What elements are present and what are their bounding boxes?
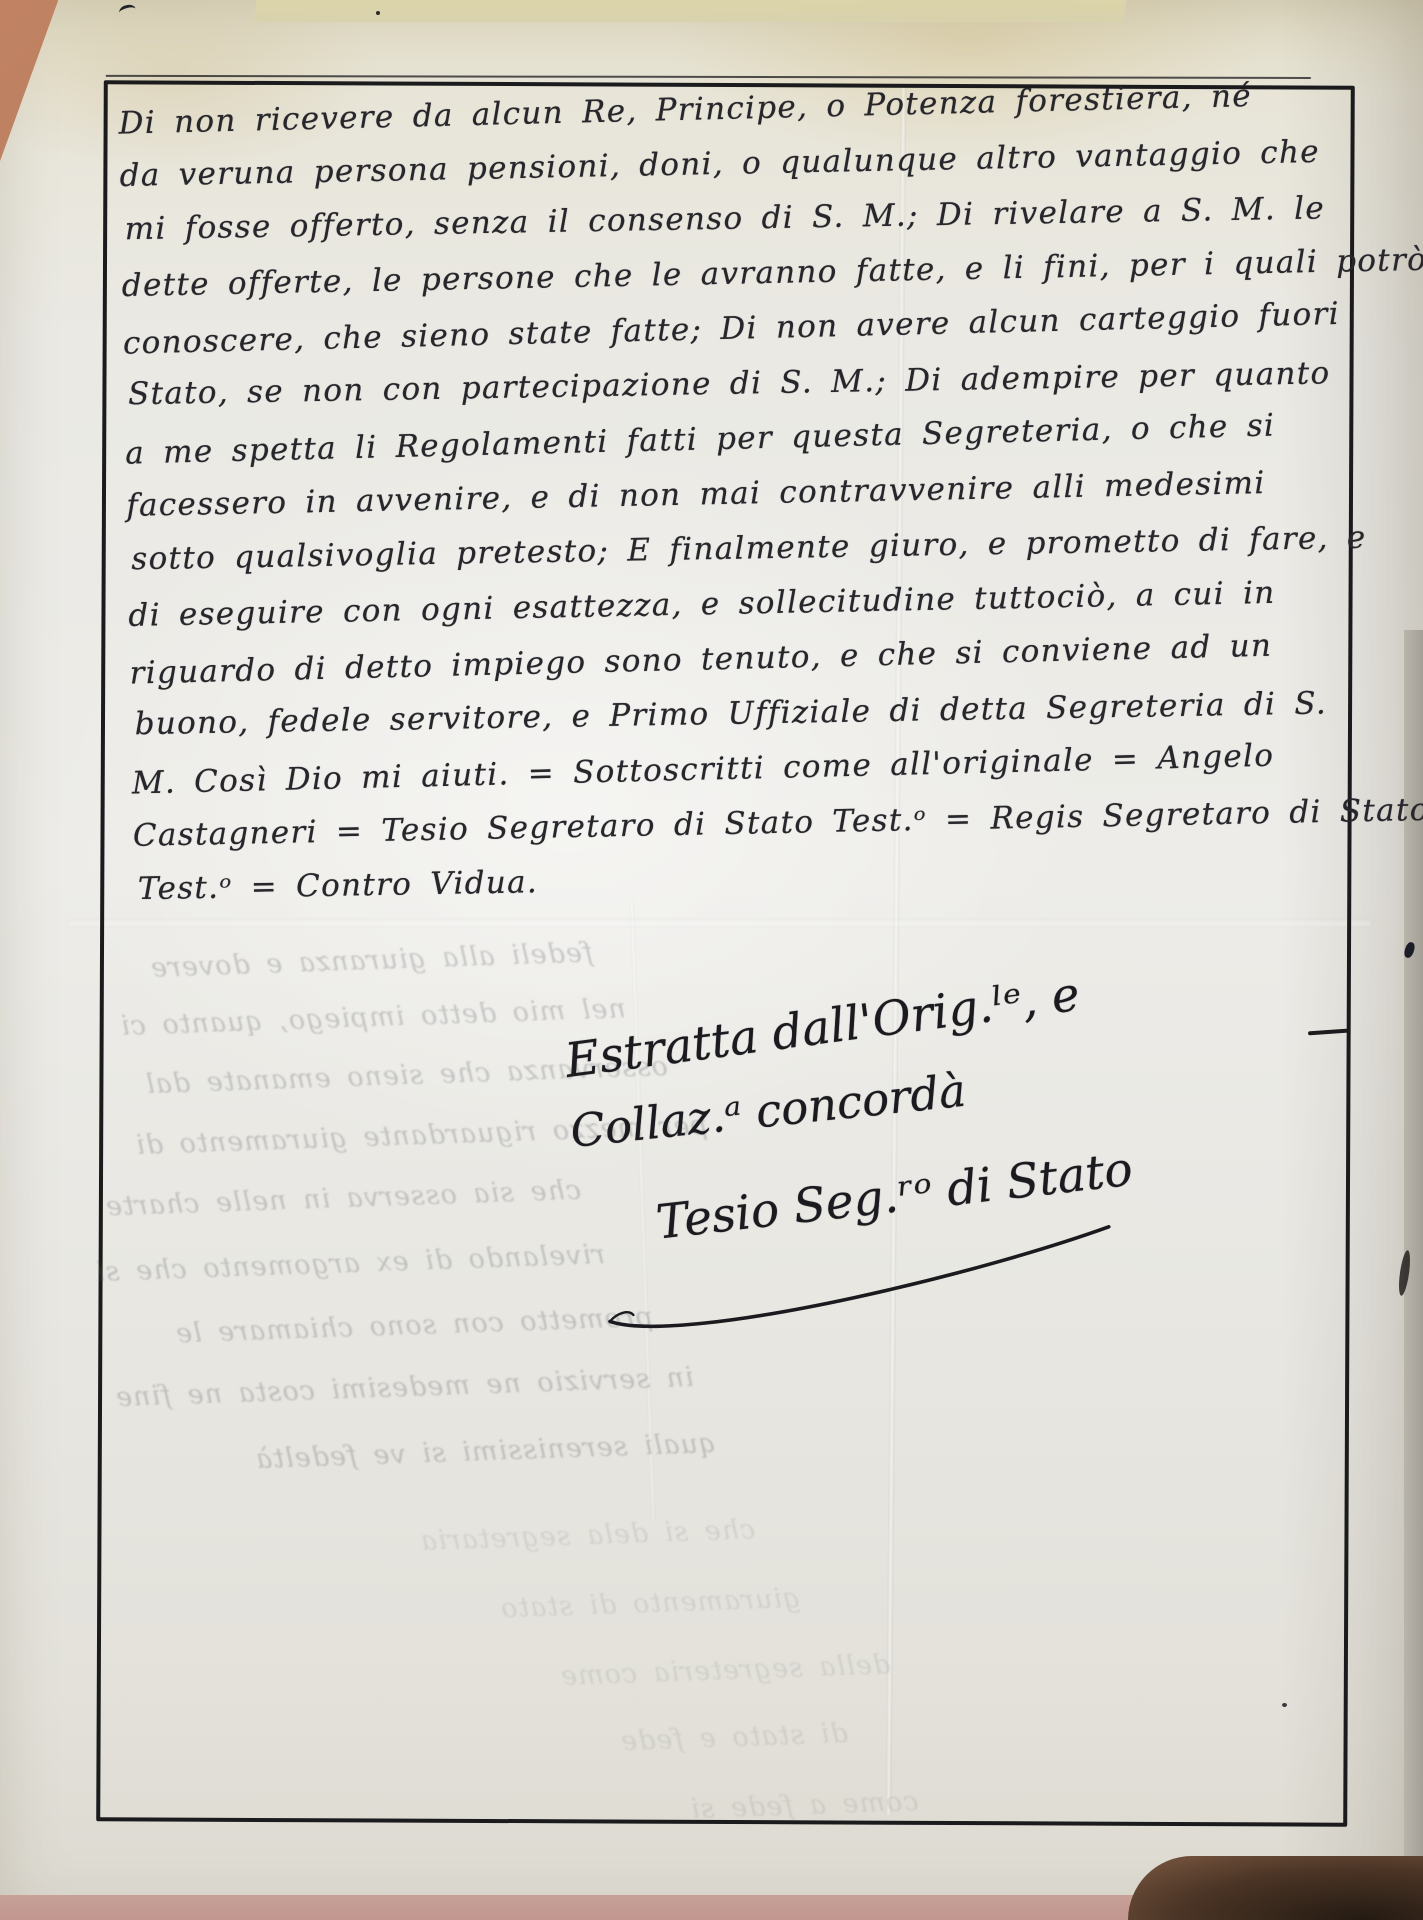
underlying-sheet-top-edge <box>253 0 1126 22</box>
shadow-bottom-right-corner <box>1128 1856 1423 1920</box>
photo-background: fedeli alla giuranza e dovere nel mio de… <box>0 0 1423 1920</box>
oath-text-block: Di non ricevere da alcun Re, Principe, o… <box>118 70 1352 919</box>
ink-dot-top <box>376 11 380 15</box>
page-bottom-edge <box>0 1895 1190 1920</box>
ink-dot-bottom <box>1282 1703 1287 1707</box>
attestation-block: Estratta dall'Orig.ˡᵉ, e Collaz.ᵃ concor… <box>563 995 1163 1222</box>
